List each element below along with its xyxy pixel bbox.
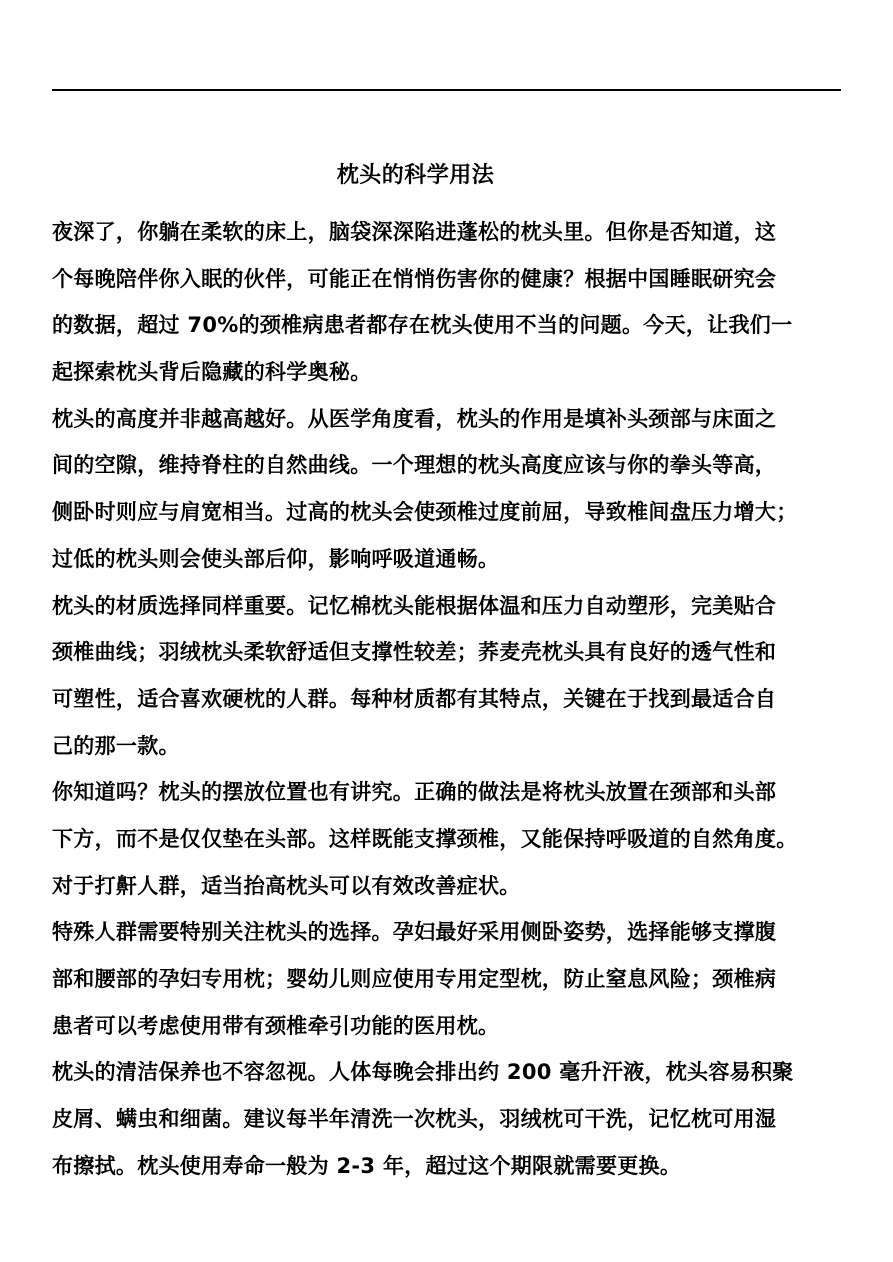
text-line: 侧卧时则应与肩宽相当。过高的枕头会使颈椎过度前屈，导致椎间盘压力增大；: [52, 489, 779, 536]
text-line: 患者可以考虑使用带有颈椎牵引功能的医用枕。: [52, 1003, 779, 1050]
text-line: 过低的枕头则会使头部后仰，影响呼吸道通畅。: [52, 536, 779, 583]
text-line: 下方，而不是仅仅垫在头部。这样既能支撑颈椎，又能保持呼吸道的自然角度。: [52, 816, 779, 863]
text-line: 夜深了，你躺在柔软的床上，脑袋深深陷进蓬松的枕头里。但你是否知道，这: [52, 209, 779, 256]
paragraph: 枕头的清洁保养也不容忽视。人体每晚会排出约 200 毫升汗液，枕头容易积聚皮屑、…: [52, 1049, 779, 1189]
header-rule: [52, 89, 841, 91]
text-line: 间的空隙，维持脊柱的自然曲线。一个理想的枕头高度应该与你的拳头等高，: [52, 442, 779, 489]
text-line: 颈椎曲线；羽绒枕头柔软舒适但支撑性较差；荞麦壳枕头具有良好的透气性和: [52, 629, 779, 676]
document-page: 枕头的科学用法 夜深了，你躺在柔软的床上，脑袋深深陷进蓬松的枕头里。但你是否知道…: [0, 0, 893, 1262]
text-line: 部和腰部的孕妇专用枕；婴幼儿则应使用专用定型枕，防止窒息风险；颈椎病: [52, 956, 779, 1003]
text-line: 个每晚陪伴你入眠的伙伴，可能正在悄悄伤害你的健康？根据中国睡眠研究会: [52, 256, 779, 303]
paragraph: 枕头的高度并非越高越好。从医学角度看，枕头的作用是填补头颈部与床面之间的空隙，维…: [52, 396, 779, 583]
text-line: 起探索枕头背后隐藏的科学奥秘。: [52, 349, 779, 396]
paragraph: 夜深了，你躺在柔软的床上，脑袋深深陷进蓬松的枕头里。但你是否知道，这个每晚陪伴你…: [52, 209, 779, 396]
paragraph: 特殊人群需要特别关注枕头的选择。孕妇最好采用侧卧姿势，选择能够支撑腹部和腰部的孕…: [52, 909, 779, 1049]
text-line: 你知道吗？枕头的摆放位置也有讲究。正确的做法是将枕头放置在颈部和头部: [52, 769, 779, 816]
text-line: 对于打鼾人群，适当抬高枕头可以有效改善症状。: [52, 863, 779, 910]
document-body: 夜深了，你躺在柔软的床上，脑袋深深陷进蓬松的枕头里。但你是否知道，这个每晚陪伴你…: [52, 209, 779, 1189]
paragraph: 你知道吗？枕头的摆放位置也有讲究。正确的做法是将枕头放置在颈部和头部下方，而不是…: [52, 769, 779, 909]
text-line: 的数据，超过 70%的颈椎病患者都存在枕头使用不当的问题。今天，让我们一: [52, 302, 779, 349]
text-line: 枕头的高度并非越高越好。从医学角度看，枕头的作用是填补头颈部与床面之: [52, 396, 779, 443]
text-line: 己的那一款。: [52, 723, 779, 770]
text-line: 枕头的材质选择同样重要。记忆棉枕头能根据体温和压力自动塑形，完美贴合: [52, 583, 779, 630]
paragraph: 枕头的材质选择同样重要。记忆棉枕头能根据体温和压力自动塑形，完美贴合颈椎曲线；羽…: [52, 583, 779, 770]
text-line: 可塑性，适合喜欢硬枕的人群。每种材质都有其特点，关键在于找到最适合自: [52, 676, 779, 723]
text-line: 皮屑、螨虫和细菌。建议每半年清洗一次枕头，羽绒枕可干洗，记忆枕可用湿: [52, 1096, 779, 1143]
text-line: 枕头的清洁保养也不容忽视。人体每晚会排出约 200 毫升汗液，枕头容易积聚: [52, 1049, 779, 1096]
page-title: 枕头的科学用法: [52, 152, 779, 200]
text-line: 特殊人群需要特别关注枕头的选择。孕妇最好采用侧卧姿势，选择能够支撑腹: [52, 909, 779, 956]
text-line: 布擦拭。枕头使用寿命一般为 2-3 年，超过这个期限就需要更换。: [52, 1143, 779, 1190]
